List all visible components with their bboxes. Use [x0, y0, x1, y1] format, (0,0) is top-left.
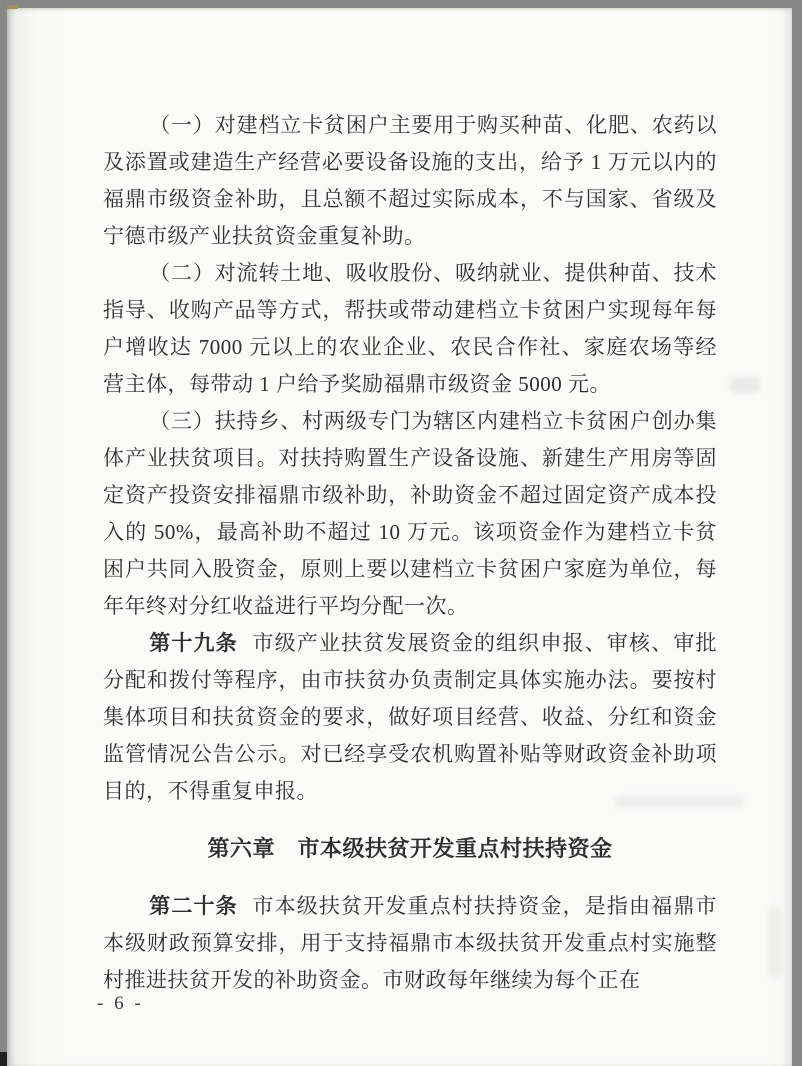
document-content: （一）对建档立卡贫困户主要用于购买种苗、化肥、农药以及添置或建造生产经营必要设备… [103, 107, 717, 999]
article-number-label: 第二十条 [149, 895, 238, 918]
scanned-document-background: （一）对建档立卡贫困户主要用于购买种苗、化肥、农药以及添置或建造生产经营必要设备… [0, 0, 802, 1066]
paragraph-article-20: 第二十条市本级扶贫开发重点村扶持资金，是指由福鼎市本级财政预算安排，用于支持福鼎… [103, 888, 717, 999]
bleed-through-artifact [730, 377, 760, 393]
binding-mark [7, 5, 18, 9]
paragraph-text: （三）扶持乡、村两级专门为辖区内建档立卡贫困户创办集体产业扶贫项目。对扶持购置生… [103, 409, 717, 618]
paragraph-item-2: （二）对流转土地、吸收股份、吸纳就业、提供种苗、技术指导、收购产品等方式，帮扶或… [103, 255, 717, 403]
bleed-through-artifact [768, 907, 782, 977]
paragraph-item-3: （三）扶持乡、村两级专门为辖区内建档立卡贫困户创办集体产业扶贫项目。对扶持购置生… [103, 403, 717, 625]
article-number-label: 第十九条 [149, 632, 238, 655]
document-page: （一）对建档立卡贫困户主要用于购买种苗、化肥、农药以及添置或建造生产经营必要设备… [7, 8, 792, 1066]
scan-edge-artifact [0, 1052, 7, 1066]
page-number: - 6 - [97, 993, 144, 1015]
paragraph-text: 市级产业扶贫发展资金的组织申报、审核、审批分配和拨付等程序，由市扶贫办负责制定具… [103, 631, 717, 803]
paragraph-article-19: 第十九条市级产业扶贫发展资金的组织申报、审核、审批分配和拨付等程序，由市扶贫办负… [103, 625, 717, 810]
paragraph-text: （一）对建档立卡贫困户主要用于购买种苗、化肥、农药以及添置或建造生产经营必要设备… [103, 113, 717, 248]
bleed-through-artifact [614, 795, 744, 808]
paragraph-text: （二）对流转土地、吸收股份、吸纳就业、提供种苗、技术指导、收购产品等方式，帮扶或… [103, 261, 717, 396]
chapter-heading: 第六章 市本级扶贫开发重点村扶持资金 [103, 830, 717, 867]
paragraph-item-1: （一）对建档立卡贫困户主要用于购买种苗、化肥、农药以及添置或建造生产经营必要设备… [103, 107, 717, 255]
